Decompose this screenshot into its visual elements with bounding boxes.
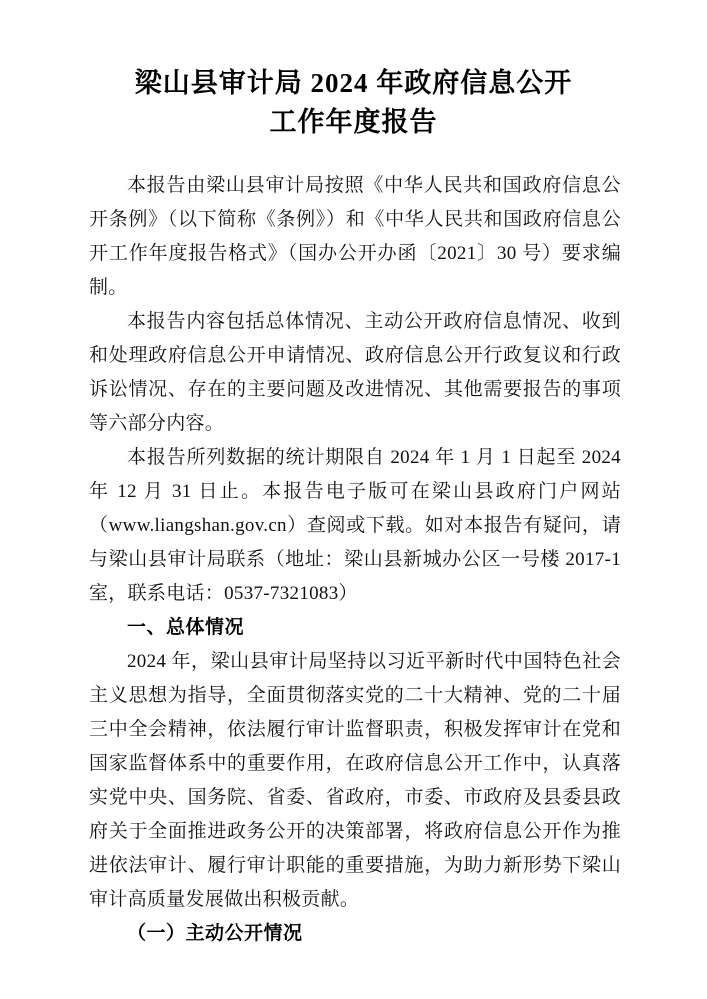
paragraph-statistics-period-contact: 本报告所列数据的统计期限自 2024 年 1 月 1 日起至 2024 年 12… [89,441,621,611]
paragraph-compilation-basis: 本报告由梁山县审计局按照《中华人民共和国政府信息公开条例》（以下简称《条例》）和… [89,169,621,305]
sub-heading-proactive-disclosure: （一）主动公开情况 [89,917,621,951]
paragraph-overall-situation: 2024 年，梁山县审计局坚持以习近平新时代中国特色社会主义思想为指导，全面贯彻… [89,645,621,917]
report-title-line1: 梁山县审计局 2024 年政府信息公开 [0,64,707,103]
section-heading-overall-situation: 一、总体情况 [89,611,621,645]
report-title-line2: 工作年度报告 [0,103,707,142]
paragraph-report-contents: 本报告内容包括总体情况、主动公开政府信息情况、收到和处理政府信息公开申请情况、政… [89,305,621,441]
report-body: 本报告由梁山县审计局按照《中华人民共和国政府信息公开条例》（以下简称《条例》）和… [89,169,621,951]
report-title: 梁山县审计局 2024 年政府信息公开 工作年度报告 [0,0,707,142]
report-page: 梁山县审计局 2024 年政府信息公开 工作年度报告 本报告由梁山县审计局按照《… [0,0,707,999]
